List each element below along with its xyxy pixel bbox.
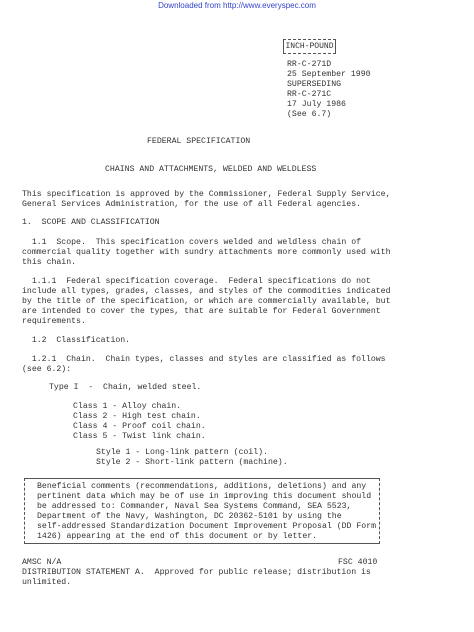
page-subtitle: CHAINS AND ATTACHMENTS, WELDED AND WELDL… xyxy=(105,165,316,175)
distribution-statement: DISTRIBUTION STATEMENT A. Approved for p… xyxy=(22,568,371,588)
fsc-label: FSC 4010 xyxy=(338,558,377,568)
doc-number: RR-C-271D xyxy=(287,60,331,69)
superseding-label: SUPERSEDING xyxy=(287,80,341,89)
amsc-label: AMSC N/A xyxy=(22,558,61,568)
paragraph-1-2: 1.2 Classification. xyxy=(22,336,130,346)
comments-text: Beneficial comments (recommendations, ad… xyxy=(37,482,376,542)
paragraph-1-2-1: 1.2.1 Chain. Chain types, classes and st… xyxy=(22,355,386,375)
style-list: Style 1 - Long-link pattern (coil). Styl… xyxy=(96,448,288,468)
inch-pound-tag: INCH-POUND xyxy=(283,39,336,54)
download-source-link[interactable]: Downloaded from http://www.everyspec.com xyxy=(0,1,474,10)
superseded-number: RR-C-271C xyxy=(287,90,331,99)
doc-date: 25 September 1990 xyxy=(287,70,371,79)
section-heading-scope: 1. SCOPE AND CLASSIFICATION xyxy=(22,218,160,228)
see-reference: (See 6.7) xyxy=(287,110,331,119)
type-line: Type I - Chain, welded steel. xyxy=(49,383,201,393)
document-id-block: RR-C-271D 25 September 1990 SUPERSEDING … xyxy=(287,60,371,120)
paragraph-1-1: 1.1 Scope. This specification covers wel… xyxy=(22,238,391,268)
comments-box: Beneficial comments (recommendations, ad… xyxy=(24,478,380,544)
approval-paragraph: This specification is approved by the Co… xyxy=(22,190,391,210)
class-list: Class 1 - Alloy chain. Class 2 - High te… xyxy=(73,402,206,442)
superseded-date: 17 July 1986 xyxy=(287,100,346,109)
page-title: FEDERAL SPECIFICATION xyxy=(147,137,250,147)
paragraph-1-1-1: 1.1.1 Federal specification coverage. Fe… xyxy=(22,277,391,327)
